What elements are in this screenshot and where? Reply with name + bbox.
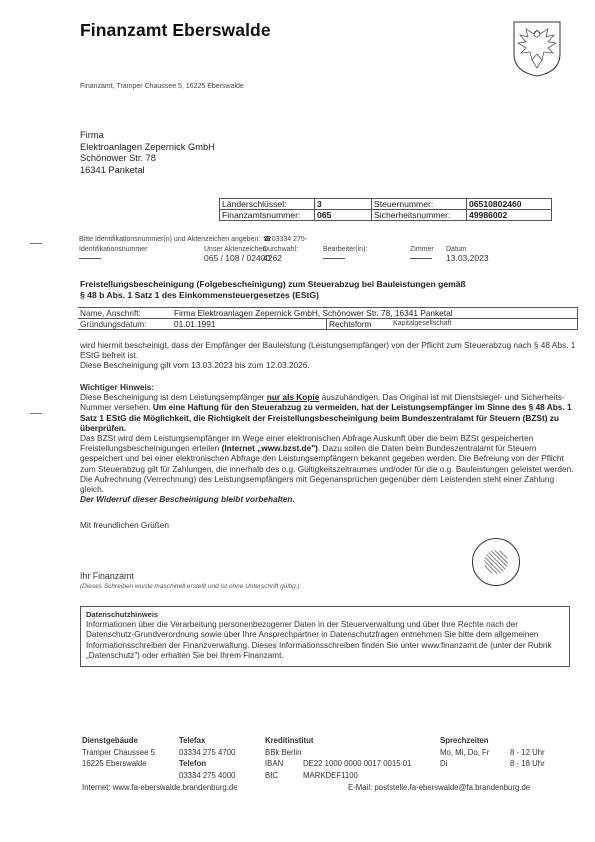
internet-link[interactable]: Internet: www.fa-eberswalde.brandenburg.…: [82, 782, 238, 794]
datum-column: Datum 13.03.2023: [446, 245, 489, 264]
name-label: Name, Anschrift:: [78, 308, 172, 319]
telefax-value: 03334 275 4700: [179, 747, 235, 759]
firm-details-table: Name, Anschrift: Firma Elektroanlagen Ze…: [78, 307, 578, 330]
legal-form-label: Rechtsform: [327, 319, 392, 330]
aktenzeichen-column: Unser Aktenzeichen 065 / 108 / 02400: [204, 245, 270, 264]
heading-line-2: § 48 b Abs. 1 Satz 1 des Einkommensteuer…: [80, 290, 580, 301]
hours-days: Di: [440, 758, 510, 770]
certification-text: wird hiermit bescheinigt, dass der Empfä…: [80, 340, 580, 371]
empty-value-dash: [79, 258, 101, 259]
certificate-heading: Freistellungsbescheinigung (Folgebeschei…: [80, 279, 580, 301]
closing: Mit freundlichen Grüßen: [80, 520, 580, 530]
bzst-link: (Internet „www.bzst.de"): [222, 443, 318, 453]
recipient-line: Schönower Str. 78: [80, 153, 215, 165]
hours-time: 8 - 18 Uhr: [510, 759, 545, 768]
footer-bank: Kreditinstitut BBk Berlin IBANDE22 1000 …: [265, 735, 411, 782]
fold-mark: [30, 413, 42, 414]
email-link[interactable]: E-Mail: poststelle.fa-eberswalde@fa.bran…: [348, 782, 530, 794]
bic-value: MARKDEF1100: [303, 771, 358, 780]
notice-bold-text: Um eine Haftung für den Steuerabzug zu v…: [80, 402, 572, 432]
notice-paragraph-1: Diese Bescheinigung ist dem Leistungsemp…: [80, 392, 580, 433]
notice-heading: Wichtiger Hinweis:: [80, 382, 580, 392]
founding-label: Gründungsdatum:: [78, 319, 172, 330]
important-notice: Wichtiger Hinweis: Diese Bescheinigung i…: [80, 382, 580, 504]
recipient-address: Firma Elektroanlagen Zepernick GmbH Schö…: [80, 130, 215, 176]
eagle-crest-icon: [512, 20, 562, 78]
steuernummer-value: 06510802460: [467, 199, 552, 210]
certify-text: wird hiermit bescheinigt, dass der Empfä…: [80, 340, 580, 360]
zimmer-label: Zimmer: [410, 245, 434, 255]
office-title: Finanzamt Eberswalde: [80, 20, 271, 41]
heading-line-1: Freistellungsbescheinigung (Folgebeschei…: [80, 279, 580, 290]
notice-text: Diese Bescheinigung ist dem Leistungsemp…: [80, 392, 267, 402]
datum-value: 13.03.2023: [446, 254, 489, 264]
sicherheitsnummer-label: Sicherheitsnummer:: [372, 210, 467, 221]
aktenzeichen-value: 065 / 108 / 02400: [204, 254, 270, 264]
laenderschluessel-value: 3: [315, 199, 372, 210]
telefax-label: Telefax: [179, 735, 235, 747]
hours-label: Sprechzeiten: [440, 735, 545, 747]
finanzamtsnummer-value: 065: [315, 210, 372, 221]
bearbeiter-column: Bearbeiter(in):: [323, 245, 367, 264]
validity-text: Diese Bescheinigung gilt vom 13.03.2023 …: [80, 360, 580, 370]
privacy-text: Informationen über die Verarbeitung pers…: [86, 620, 564, 661]
hours-days: Mo, Mi, Do, Fr: [440, 747, 510, 759]
footer-building: Dienstgebäude Tramper Chaussee 5 16225 E…: [82, 735, 155, 770]
phone-column: ☎03334 275- Durchwahl: 4262: [263, 235, 307, 264]
durchwahl-value: 4262: [263, 254, 307, 264]
bic-label: BIC: [265, 770, 303, 782]
building-line: 16225 Eberswalde: [82, 758, 155, 770]
footer-phone: Telefax 03334 275 4700 Telefon 03334 275…: [179, 735, 235, 782]
founding-value: 01.01.1991: [172, 319, 327, 330]
building-line: Tramper Chaussee 5: [82, 747, 155, 759]
revocation-note: Der Widerruf dieser Bescheinigung bleibt…: [80, 494, 295, 504]
recipient-line: 16341 Panketal: [80, 165, 215, 177]
iban-label: IBAN: [265, 758, 303, 770]
building-label: Dienstgebäude: [82, 735, 155, 747]
recipient-line: Elektroanlagen Zepernick GmbH: [80, 142, 215, 154]
telefon-label: Telefon: [179, 758, 235, 770]
recipient-line: Firma: [80, 130, 215, 142]
footer-hours: Sprechzeiten Mo, Mi, Do, Fr8 - 12 Uhr Di…: [440, 735, 545, 770]
sicherheitsnummer-value: 49986002: [467, 210, 552, 221]
notice-paragraph-2: Das BZSt wird dem Leistungsempfänger im …: [80, 433, 580, 494]
notice-copy-only: nur als Kopie: [267, 392, 320, 402]
privacy-heading: Datenschutzhinweis: [86, 610, 564, 620]
empty-value-dash: [410, 258, 432, 259]
bank-name: BBk Berlin: [265, 747, 411, 759]
legal-form-value: Kapitalgesellschaft: [391, 319, 578, 330]
id-hint: Bitte Identifikationsnummer(n) und Akten…: [79, 235, 260, 245]
hours-time: 8 - 12 Uhr: [510, 748, 545, 757]
laenderschluessel-label: Länderschlüssel:: [220, 199, 315, 210]
empty-value-dash: [323, 258, 345, 259]
privacy-notice-box: Datenschutzhinweis Informationen über di…: [80, 606, 570, 667]
signature-note: (Dieses Schreiben wurde maschinell erste…: [80, 582, 580, 592]
tax-keys-table: Länderschlüssel: 3 Steuernummer: 0651080…: [219, 198, 552, 221]
finanzamtsnummer-label: Finanzamtsnummer:: [220, 210, 315, 221]
phone-label: ☎03334 275-: [263, 235, 307, 245]
sender-line: Finanzamt, Tramper Chaussee 5, 16225 Ebe…: [80, 83, 244, 90]
fold-mark: [30, 243, 42, 244]
iban-value: DE22 1000 0000 0017 0015 01: [303, 759, 411, 768]
bank-label: Kreditinstitut: [265, 735, 411, 747]
telefon-value: 03334 275 4000: [179, 770, 235, 782]
signature: Ihr Finanzamt: [80, 571, 580, 581]
name-value: Firma Elektroanlagen Zepernick GmbH, Sch…: [172, 308, 578, 319]
bearbeiter-label: Bearbeiter(in):: [323, 245, 367, 255]
steuernummer-label: Steuernummer:: [372, 199, 467, 210]
zimmer-column: Zimmer: [410, 245, 434, 264]
